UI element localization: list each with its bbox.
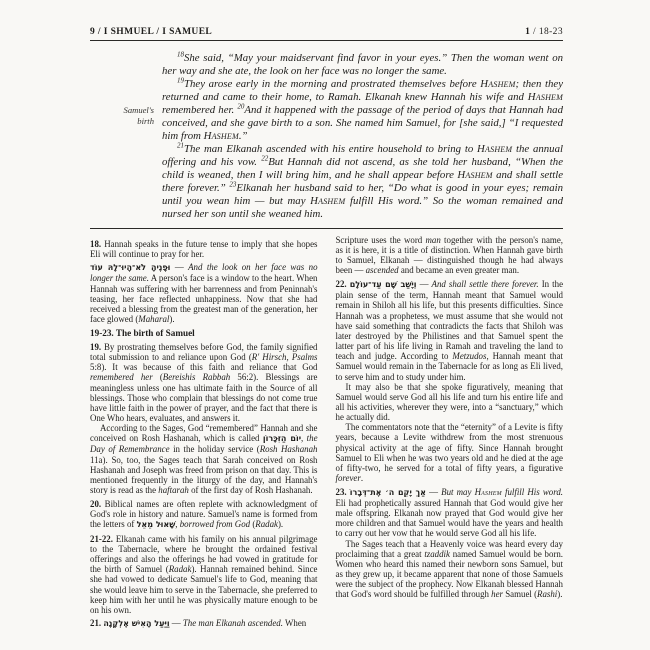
commentary-divider-rule <box>90 228 563 229</box>
commentary-paragraph: 18. Hannah speaks in the future tense to… <box>90 239 318 259</box>
commentary-right-column: Scripture uses the word man together wit… <box>336 235 564 630</box>
commentary-paragraph: According to the Sages, God “remembered”… <box>90 423 318 495</box>
header-rule <box>90 40 563 41</box>
chapter-verse-ref: 1 / 18-23 <box>525 27 563 37</box>
margin-note-line: birth <box>90 116 154 127</box>
page-content: 9 / I SHMUEL / I SAMUEL 1 / 18-23 Samuel… <box>90 27 563 630</box>
verse-paragraph: 21The man Elkanah ascended with his enti… <box>162 143 563 221</box>
commentary-section: 18. Hannah speaks in the future tense to… <box>90 235 563 630</box>
commentary-paragraph: Scripture uses the word man together wit… <box>336 235 564 276</box>
margin-note: Samuel's birth <box>90 105 154 126</box>
page-header: 9 / I SHMUEL / I SAMUEL 1 / 18-23 <box>90 27 563 37</box>
commentary-paragraph: 19-23. The birth of Samuel <box>90 328 318 338</box>
commentary-paragraph: 20. Biblical names are often replete wit… <box>90 499 318 530</box>
commentary-paragraph: 21. וַיַּעַל הָאִישׁ אֶלְקָנָה — The man… <box>90 618 318 629</box>
commentary-paragraph: 23. אַךְ יָקֵם ה׳ אֶת־דְּבָרוֹ — But may… <box>336 487 564 539</box>
verse-paragraphs: 18She said, “May your maidservant find f… <box>162 52 563 221</box>
verse-text-block: Samuel's birth 18She said, “May your mai… <box>90 52 563 221</box>
commentary-paragraph: The Sages teach that a Heavenly voice wa… <box>336 539 564 600</box>
commentary-paragraph: It may also be that she spoke figurative… <box>336 382 564 423</box>
commentary-left-column: 18. Hannah speaks in the future tense to… <box>90 235 318 630</box>
commentary-paragraph: 22. וְיָשַׁב שָׁם עַד־עוֹלָם — And shall… <box>336 279 564 382</box>
commentary-paragraph: 21-22. Elkanah came with his family on h… <box>90 534 318 615</box>
commentary-paragraph: 19. By prostrating themselves before God… <box>90 342 318 423</box>
book-title-header: 9 / I SHMUEL / I SAMUEL <box>90 27 212 37</box>
verse-range: / 18-23 <box>530 27 563 37</box>
verse-paragraph: 19They arose early in the morning and pr… <box>162 78 563 143</box>
verse-paragraph: 18She said, “May your maidservant find f… <box>162 52 563 78</box>
book-page: 9 / I SHMUEL / I SAMUEL 1 / 18-23 Samuel… <box>0 0 650 650</box>
commentary-paragraph: The commentators note that the “eternity… <box>336 422 564 483</box>
margin-note-line: Samuel's <box>90 105 154 116</box>
commentary-paragraph: וּפָנֶיהָ לֹא־הָיוּ־לָהּ עוֹד — And the … <box>90 262 318 324</box>
